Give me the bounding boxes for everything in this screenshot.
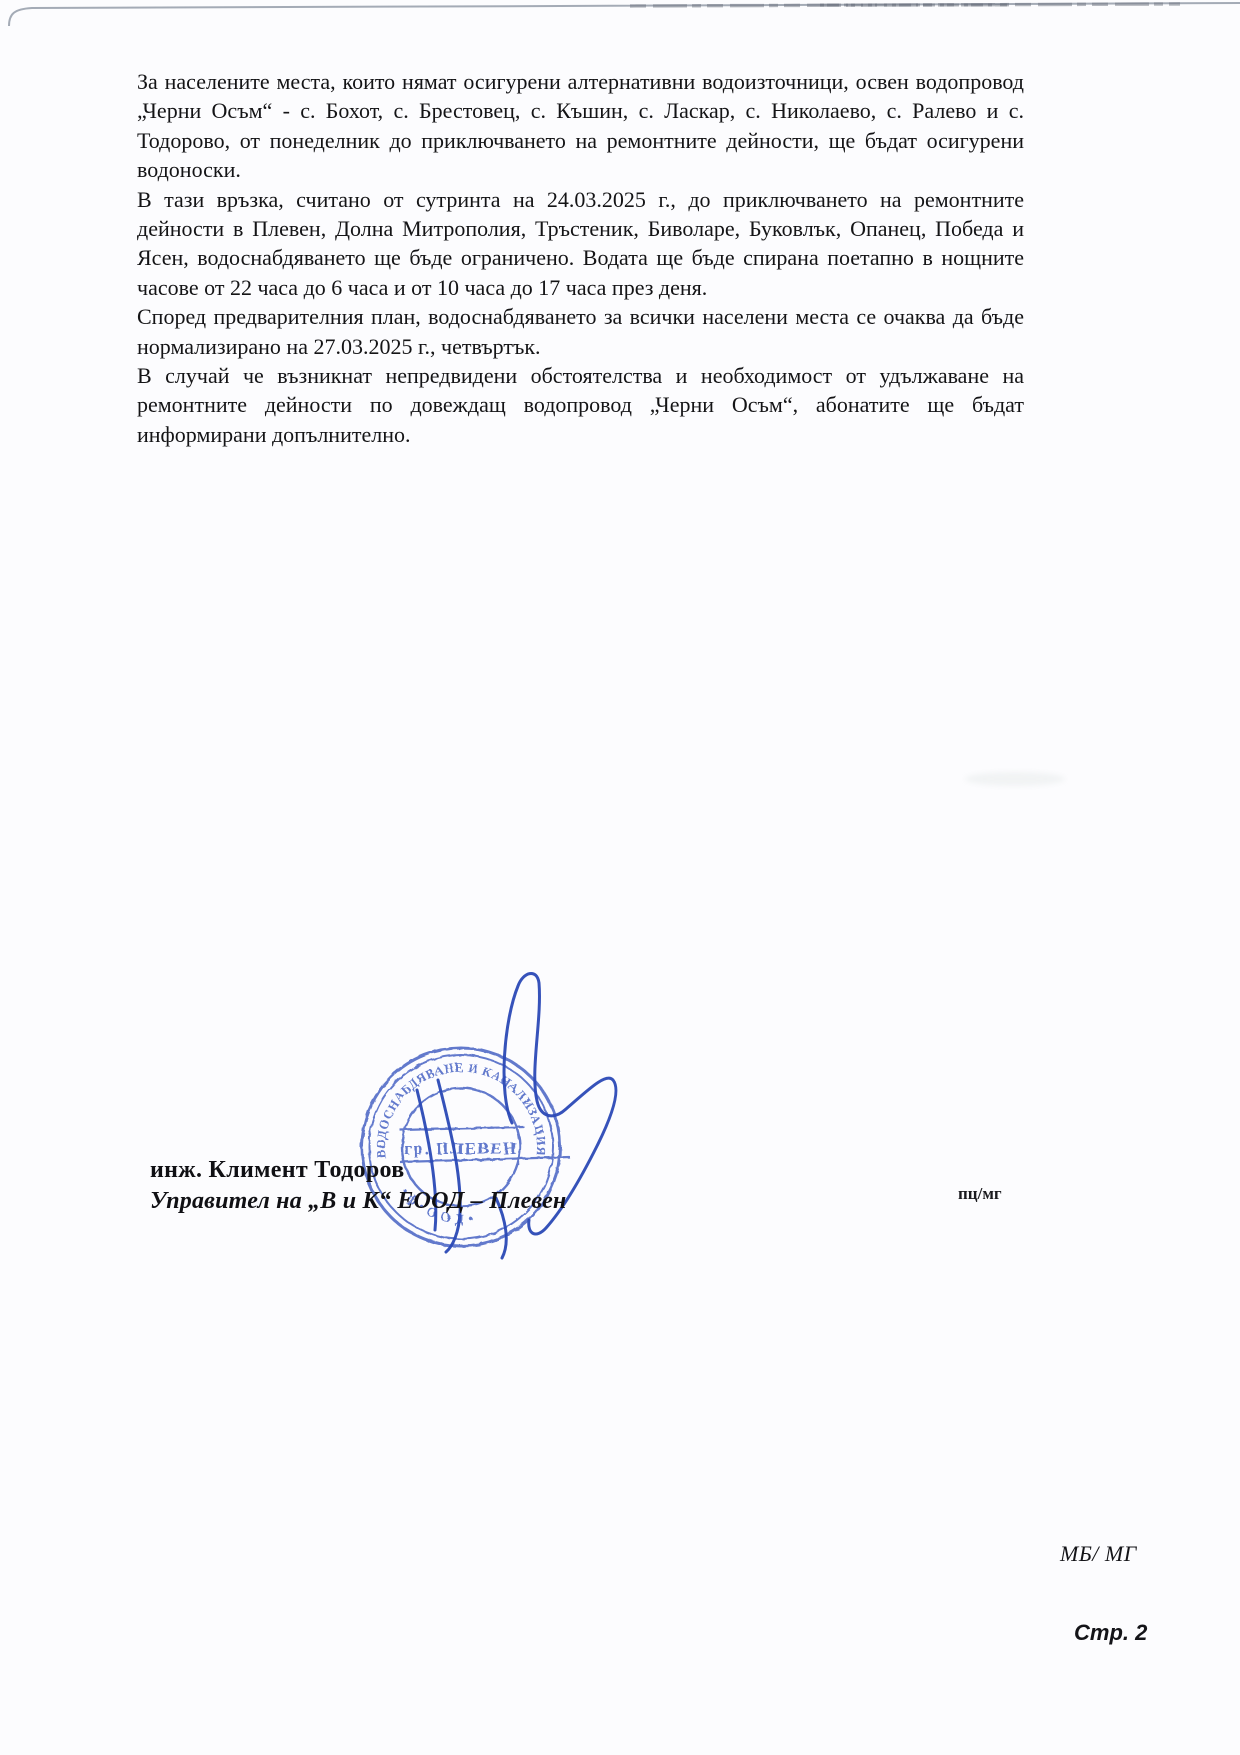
signatory-title: Управител на „В и К“ ЕООД – Плевен bbox=[150, 1188, 710, 1215]
document-body-text: За населените места, които нямат осигуре… bbox=[137, 67, 1024, 449]
clerk-initials: пц/мг bbox=[958, 1184, 1002, 1204]
stamp-center-text: гр. ПЛЕВЕН bbox=[404, 1139, 518, 1158]
scanned-document-page: За населените места, които нямат осигуре… bbox=[0, 0, 1240, 1755]
typist-initials: МБ/ МГ bbox=[1060, 1541, 1137, 1567]
signature-block: инж. Климент Тодоров Управител на „В и К… bbox=[150, 1157, 710, 1215]
paragraph-contingency: В случай че възникнат непредвидени обсто… bbox=[137, 361, 1024, 449]
paragraph-restriction-schedule: В тази връзка, считано от сутринта на 24… bbox=[137, 185, 1024, 303]
paragraph-normalization-date: Според предварителния план, водоснабдява… bbox=[137, 302, 1024, 361]
page-number: Стр. 2 bbox=[1074, 1620, 1147, 1646]
paragraph-alt-sources: За населените места, които нямат осигуре… bbox=[137, 67, 1024, 185]
scan-edge-artifact bbox=[0, 0, 1240, 30]
signatory-name: инж. Климент Тодоров bbox=[150, 1157, 710, 1184]
scan-smudge-artifact bbox=[965, 772, 1065, 786]
